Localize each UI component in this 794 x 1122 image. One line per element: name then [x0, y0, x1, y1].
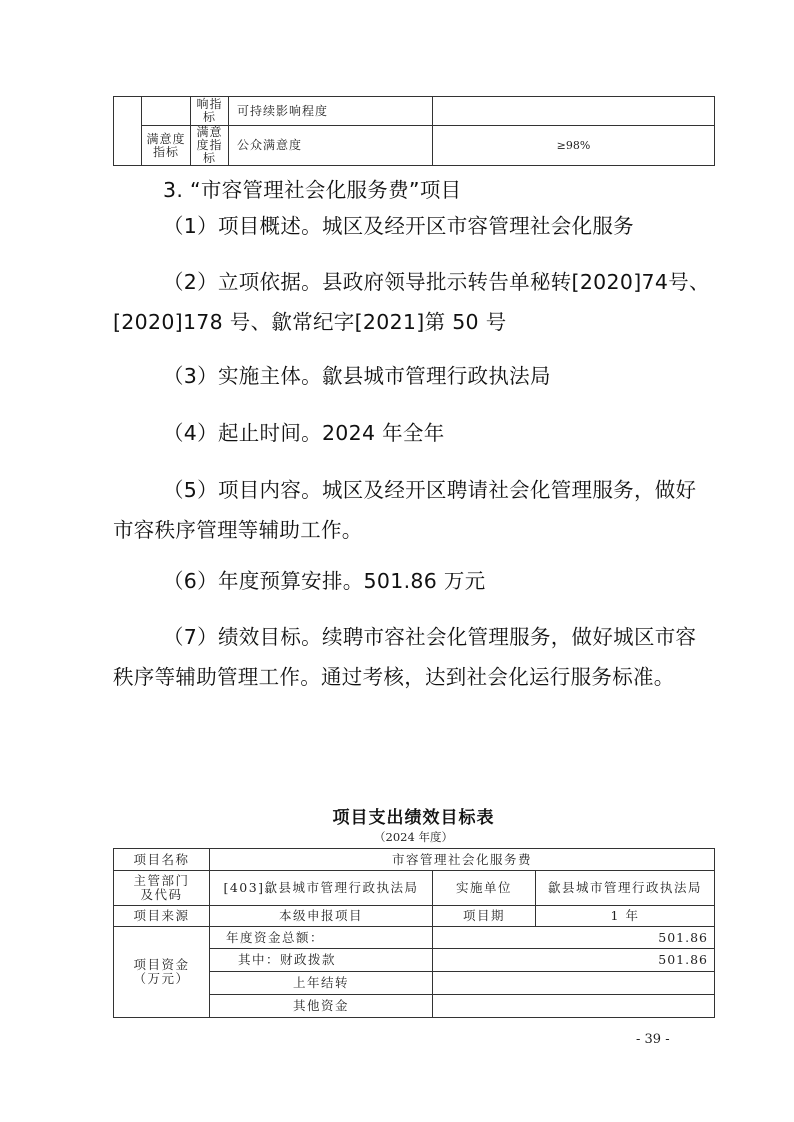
fund-item-label: 年度资金总额： [210, 927, 433, 949]
indicator-level3-cell: 满意度指标 [191, 126, 229, 166]
paragraph-content: （5）项目内容。城区及经开区聘请社会化管理服务，做好市容秩序管理等辅助工作。 [113, 470, 713, 550]
page-number: - 39 - [636, 1032, 670, 1047]
fund-item-value [433, 995, 715, 1018]
table-cell-empty [142, 97, 191, 126]
fund-item-value: 501.86 [433, 927, 715, 949]
document-page: 响指标 可持续影响程度 满意度指标 满意度指标 公众满意度 ≥98% 3. “市… [0, 0, 794, 1122]
performance-target-table: 项目名称 市容管理社会化服务费 主管部门及代码 [403]歙县城市管理行政执法局… [113, 848, 715, 1018]
indicator-level3-cell: 响指标 [191, 97, 229, 126]
period-value: 1 年 [536, 906, 715, 927]
paragraph-implementer: （3）实施主体。歙县城市管理行政执法局 [113, 356, 713, 396]
table-title: 项目支出绩效目标表 [113, 803, 714, 828]
indicator-level2-cell: 满意度指标 [142, 126, 191, 166]
table-subtitle: （2024 年度） [113, 829, 714, 845]
dept-label: 主管部门及代码 [114, 871, 210, 906]
fund-item-value [433, 972, 715, 995]
fund-item-label: 其中：财政拨款 [210, 949, 433, 972]
indicator-table-continued: 响指标 可持续影响程度 满意度指标 满意度指标 公众满意度 ≥98% [113, 96, 715, 166]
indicator-name-cell: 公众满意度 [229, 126, 433, 166]
paragraph-budget: （6）年度预算安排。501.86 万元 [113, 561, 713, 601]
indicator-value-cell: ≥98% [433, 126, 715, 166]
project-name-value: 市容管理社会化服务费 [210, 849, 715, 871]
table-row: 项目来源 本级申报项目 项目期 1 年 [114, 906, 715, 927]
indicator-value-cell [433, 97, 715, 126]
period-label: 项目期 [433, 906, 536, 927]
table-cell-empty [114, 97, 142, 166]
fund-item-label: 上年结转 [210, 972, 433, 995]
table-row: 响指标 可持续影响程度 [114, 97, 715, 126]
table-row: 主管部门及代码 [403]歙县城市管理行政执法局 实施单位 歙县城市管理行政执法… [114, 871, 715, 906]
paragraph-overview: （1）项目概述。城区及经开区市容管理社会化服务 [113, 206, 713, 246]
fund-item-label: 其他资金 [210, 995, 433, 1018]
table-row: 满意度指标 满意度指标 公众满意度 ≥98% [114, 126, 715, 166]
project-name-label: 项目名称 [114, 849, 210, 871]
impl-unit-label: 实施单位 [433, 871, 536, 906]
paragraph-period: （4）起止时间。2024 年全年 [113, 413, 713, 453]
table-row: 项目名称 市容管理社会化服务费 [114, 849, 715, 871]
paragraph-basis: （2）立项依据。县政府领导批示转告单秘转[2020]74号、[2020]178 … [113, 262, 713, 342]
indicator-name-cell: 可持续影响程度 [229, 97, 433, 126]
section-heading: 3. “市容管理社会化服务费”项目 [113, 170, 713, 210]
paragraph-goal: （7）绩效目标。续聘市容社会化管理服务，做好城区市容秩序等辅助管理工作。通过考核… [113, 617, 713, 697]
fund-item-value: 501.86 [433, 949, 715, 972]
source-label: 项目来源 [114, 906, 210, 927]
dept-value: [403]歙县城市管理行政执法局 [210, 871, 433, 906]
funds-label: 项目资金（万元） [114, 927, 210, 1018]
impl-unit-value: 歙县城市管理行政执法局 [536, 871, 715, 906]
table-row: 项目资金（万元） 年度资金总额： 501.86 [114, 927, 715, 949]
source-value: 本级申报项目 [210, 906, 433, 927]
